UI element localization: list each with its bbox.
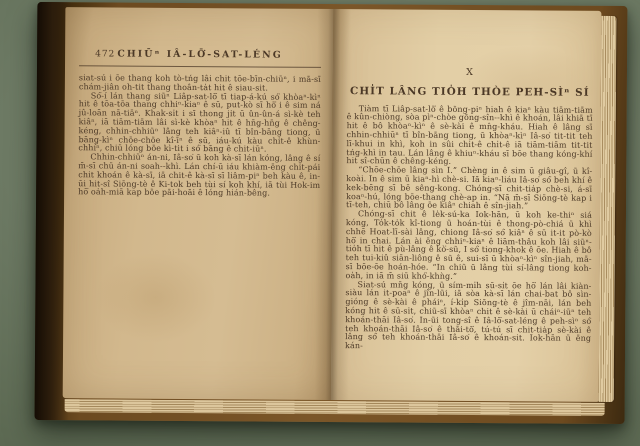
- page-number: 472: [95, 50, 115, 59]
- paragraph: Tiàm tī Liâp-sat-lō͘ ê bōng-piⁿ hiah ê k…: [346, 105, 592, 168]
- paragraph: Chóng-sī chit ê le̍k-sú-ka Iok-hān, ū ko…: [346, 210, 592, 282]
- open-book: 472 CHIŪⁿ IÂ-LŌ͘-SAT-LÉNG siat-sú i ōe t…: [35, 2, 628, 424]
- paragraph: Chhin-chhiūⁿ án-ni, Iâ-so͘ ū koh kà-sī l…: [78, 153, 320, 199]
- chapter-title: CHI̍T LÂNG TIO̍H THÒE PEH-SÌⁿ SÍ: [347, 87, 593, 98]
- right-page-text: X CHI̍T LÂNG TIO̍H THÒE PEH-SÌⁿ SÍ Tiàm …: [345, 68, 593, 353]
- running-header-row: 472 CHIŪⁿ IÂ-LŌ͘-SAT-LÉNG: [79, 50, 321, 63]
- left-page-text: 472 CHIŪⁿ IÂ-LŌ͘-SAT-LÉNG siat-sú i ōe t…: [78, 50, 321, 199]
- paragraph: “Chōe-chōe lâng sìn I.” Chèng in ê sim ū…: [346, 166, 592, 212]
- running-header: CHIŪⁿ IÂ-LŌ͘-SAT-LÉNG: [79, 50, 321, 60]
- header-rule: [79, 65, 321, 68]
- right-body-copy: Tiàm tī Liâp-sat-lō͘ ê bōng-piⁿ hiah ê k…: [345, 105, 593, 353]
- paragraph: Siat-sú mn̄g kóng, ū sím-mi̍h sū-si̍t ōe…: [345, 281, 591, 353]
- photo-background: 472 CHIŪⁿ IÂ-LŌ͘-SAT-LÉNG siat-sú i ōe t…: [0, 0, 640, 446]
- page-edges-right: [599, 16, 617, 402]
- chapter-number: X: [347, 68, 593, 79]
- paragraph: Só͘-í lán thang siūⁿ Liâp-sat-lō͘ tī tia…: [78, 92, 320, 155]
- left-body-copy: siat-sú i ōe thang koh tò-tńg lâi chit t…: [78, 74, 321, 199]
